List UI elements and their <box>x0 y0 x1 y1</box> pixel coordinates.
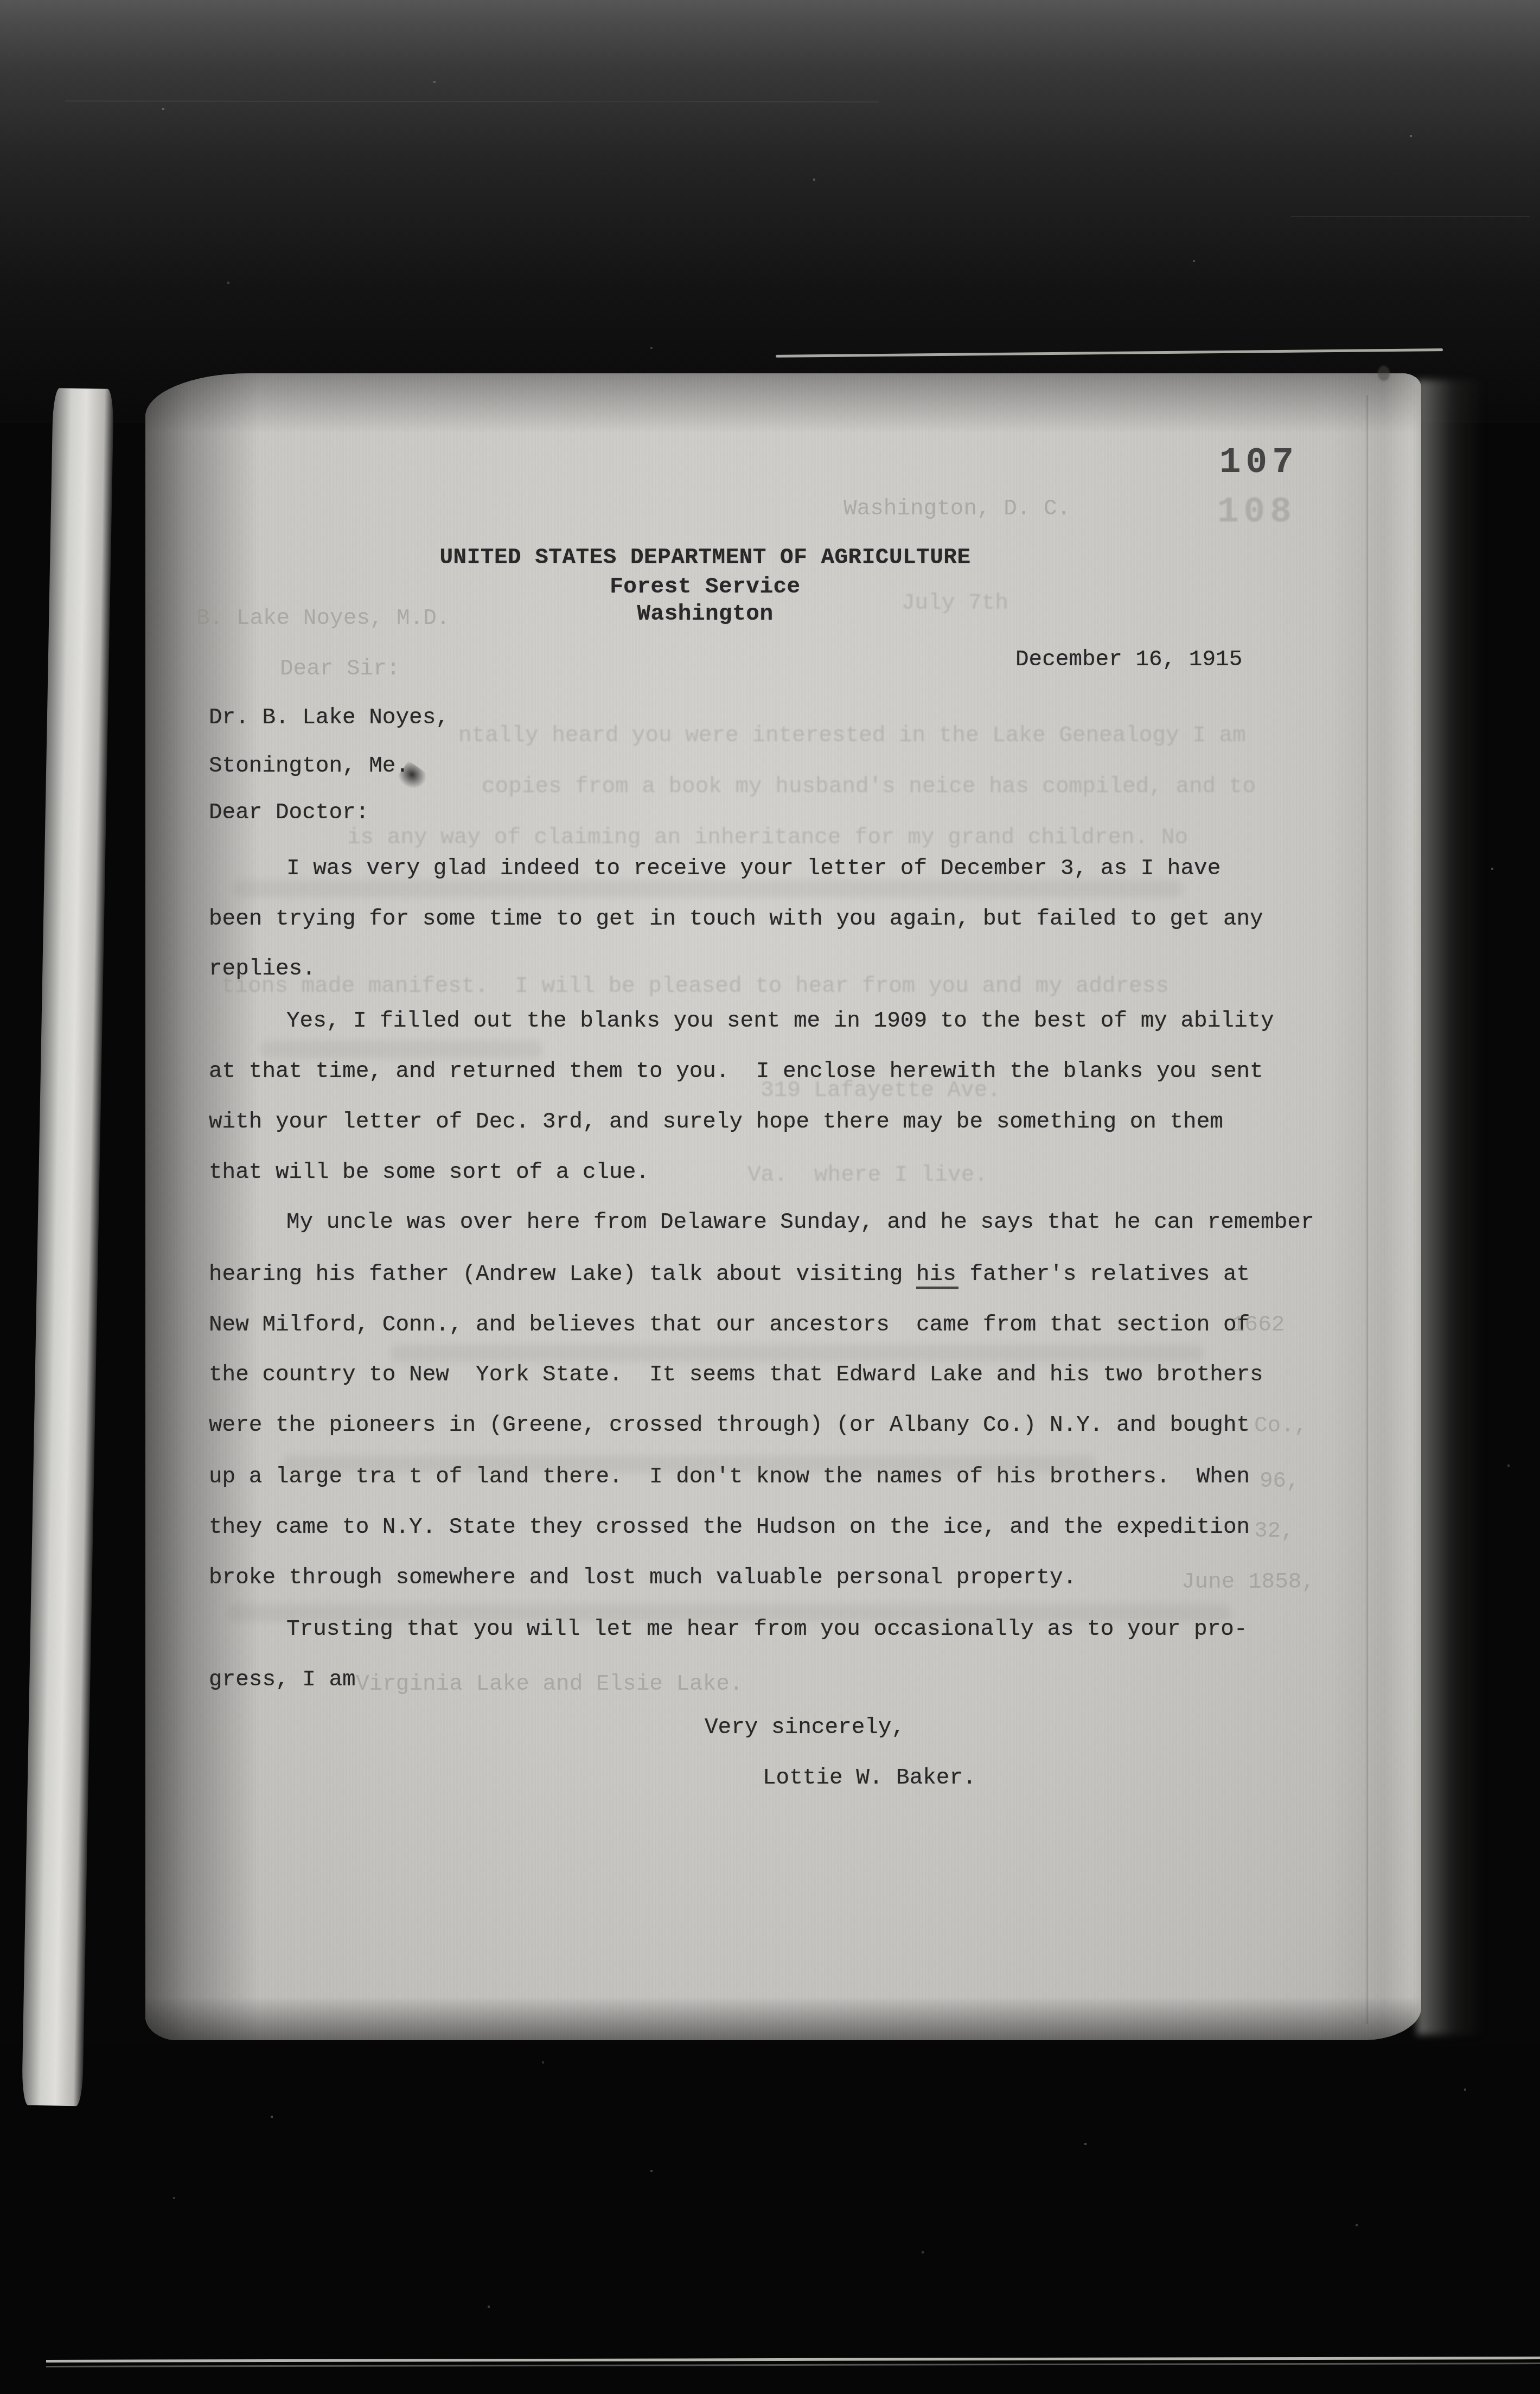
page-number-ghost: 108 <box>1217 492 1296 532</box>
ghost-text-line: ntally heard you were interested in the … <box>458 725 1246 747</box>
ghost-text-line: 1662 <box>1231 1314 1285 1336</box>
body-line: I was very glad indeed to receive your l… <box>286 858 1221 880</box>
ghost-smear <box>233 880 1183 897</box>
ghost-smear <box>282 1455 1096 1473</box>
body-line: hearing his father (Andrew Lake) talk ab… <box>209 1264 1250 1286</box>
ghost-text-line: Virginia Lake and Elsie Lake. <box>356 1673 743 1696</box>
ghost-text-line: B. Lake Noyes, M.D. <box>196 608 450 630</box>
salutation: Dear Doctor: <box>209 802 369 824</box>
body-line: broke through somewhere and lost much va… <box>209 1567 1076 1589</box>
ghost-text-line: 319 Lafayette Ave. <box>761 1080 1001 1102</box>
ghost-text-line: 32, <box>1254 1520 1294 1543</box>
ghost-text-line: Washington, D. C. <box>844 498 1070 520</box>
page-number-stamp: 107 <box>1219 442 1299 483</box>
body-line: at that time, and returned them to you. … <box>209 1061 1263 1083</box>
body-line: gress, I am <box>209 1669 356 1691</box>
ghost-smear <box>391 1345 1204 1362</box>
letterhead-department: UNITED STATES DEPARTMENT OF AGRICULTURE <box>369 547 1041 569</box>
photo-edge-line <box>46 2357 1540 2363</box>
body-line: Yes, I filled out the blanks you sent me… <box>286 1010 1274 1033</box>
closing: Very sincerely, <box>705 1717 905 1739</box>
ghost-text-line: tions made manifest. I will be pleased t… <box>221 976 1169 998</box>
letter-content: 107 108 UNITED STATES DEPARTMENT OF AGRI… <box>0 0 1540 2394</box>
ghost-text-line: is any way of claiming an inheritance fo… <box>347 827 1188 849</box>
scanned-letter-photo: { "page_numbers": { "current": "107", "g… <box>0 0 1540 2394</box>
ghost-text-line: copies from a book my husband's neice ha… <box>482 776 1256 798</box>
body-line: New Milford, Conn., and believes that ou… <box>209 1314 1250 1336</box>
his-underline <box>916 1287 958 1289</box>
body-line: My uncle was over here from Delaware Sun… <box>286 1212 1314 1234</box>
body-line: they came to N.Y. State they crossed the… <box>209 1517 1250 1539</box>
ghost-text-line: June 1858, <box>1181 1571 1315 1594</box>
body-line: that will be some sort of a clue. <box>209 1162 649 1184</box>
ghost-text-line: 96, <box>1260 1470 1300 1493</box>
recipient-name: Dr. B. Lake Noyes, <box>209 707 449 729</box>
ghost-text-line: July 7th <box>902 593 1008 615</box>
signature: Lottie W. Baker. <box>763 1767 976 1790</box>
ghost-text-line: Va. where I live. <box>747 1164 988 1187</box>
ghost-smear <box>260 1041 542 1058</box>
body-line: been trying for some time to get in touc… <box>209 908 1263 931</box>
ghost-text-line: Dear Sir: <box>280 658 400 680</box>
body-line: with your letter of Dec. 3rd, and surely… <box>209 1111 1223 1134</box>
body-line: Trusting that you will let me hear from … <box>286 1619 1248 1641</box>
ghost-text-line: Co., <box>1254 1415 1307 1437</box>
recipient-address: Stonington, Me. <box>209 755 409 778</box>
body-line: the country to New York State. It seems … <box>209 1364 1263 1386</box>
photo-edge-line <box>46 2363 1540 2367</box>
ghost-smear <box>228 1604 1231 1621</box>
letter-date: December 16, 1915 <box>1015 649 1242 671</box>
body-line: were the pioneers in (Greene, crossed th… <box>209 1415 1250 1437</box>
